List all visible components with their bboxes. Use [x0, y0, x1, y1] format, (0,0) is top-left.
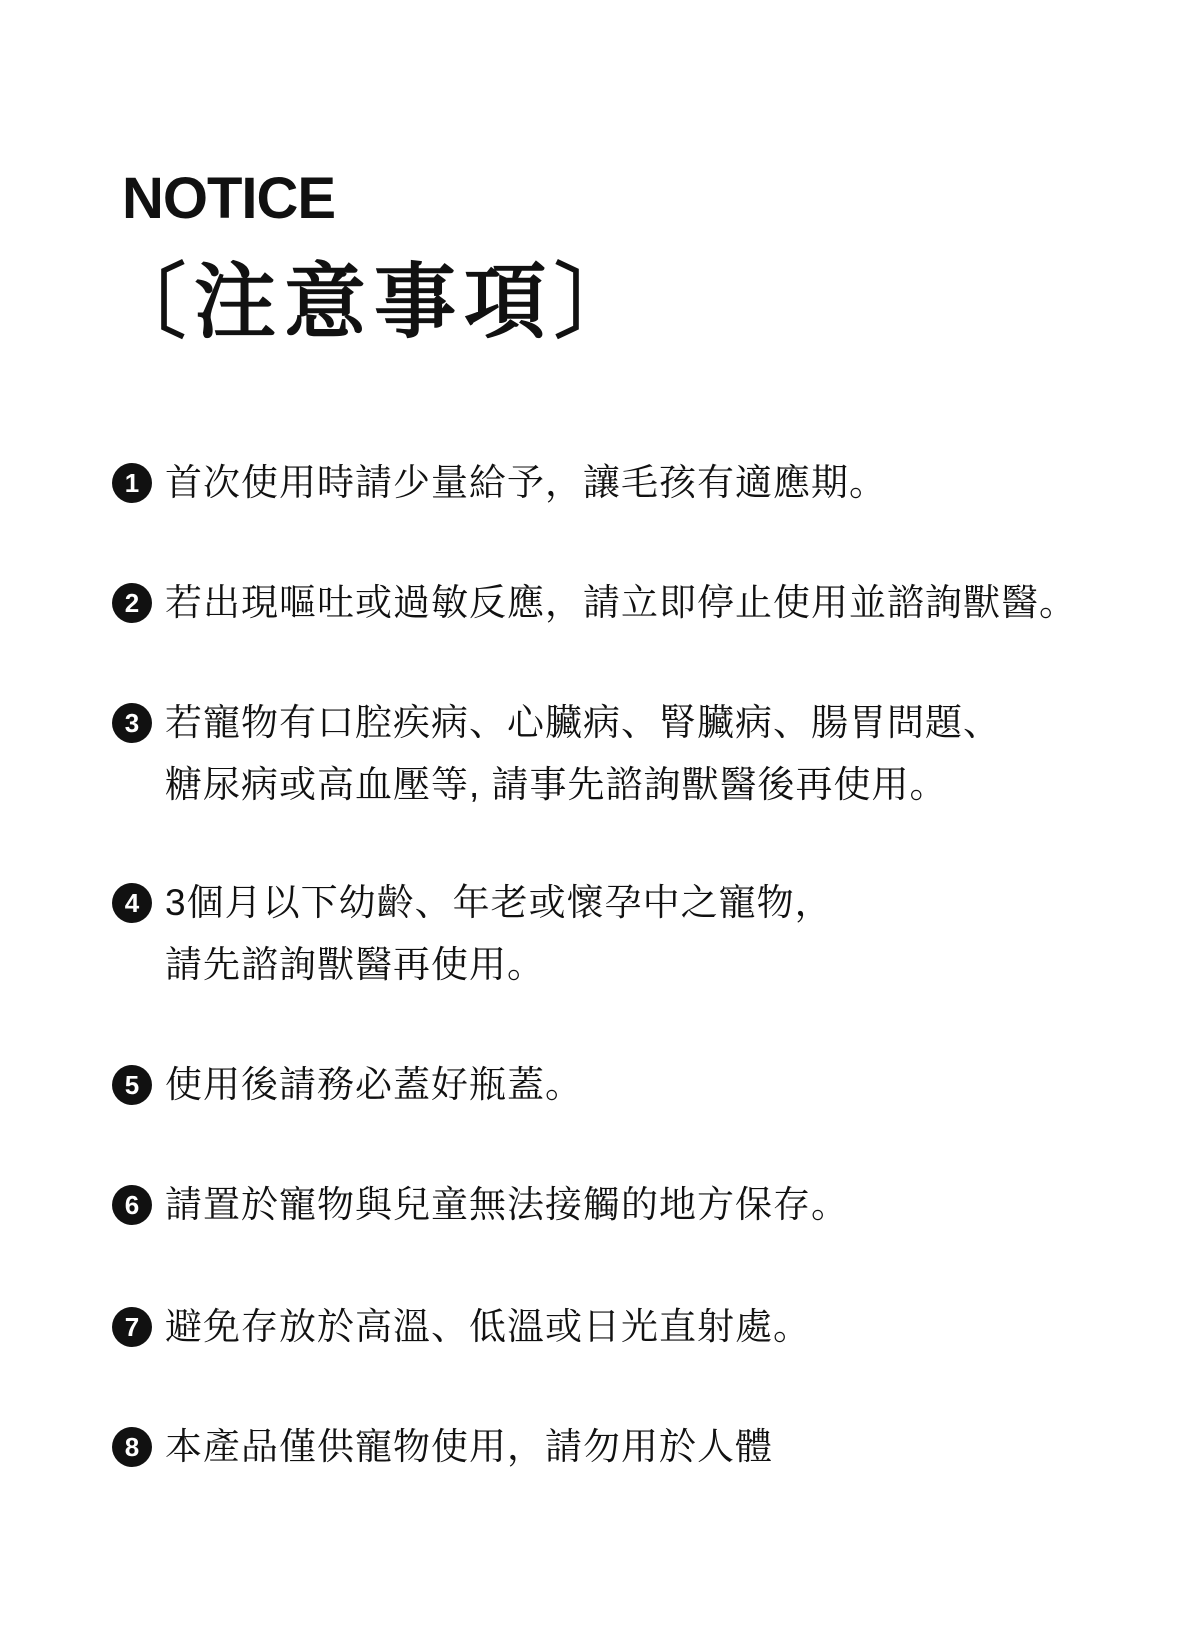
- item-text: 請置於寵物與兒童無法接觸的地方保存。: [165, 1174, 849, 1236]
- item-number-badge: 7: [112, 1307, 152, 1347]
- item-text-line: 首次使用時請少量給予，讓毛孩有適應期。: [165, 452, 887, 514]
- item-number-badge: 3: [112, 703, 152, 743]
- item-text-line: 使用後請務必蓋好瓶蓋。: [165, 1054, 583, 1116]
- notice-item-5: 5 使用後請務必蓋好瓶蓋。: [112, 1054, 583, 1116]
- notice-title-en: NOTICE: [122, 170, 335, 228]
- item-text: 3個月以下幼齡、年老或懷孕中之寵物， 請先諮詢獸醫再使用。: [165, 872, 833, 996]
- item-text-line: 若寵物有口腔疾病、心臟病、腎臟病、腸胃問題、: [165, 692, 1001, 754]
- item-number-badge: 6: [112, 1185, 152, 1225]
- item-text: 若出現嘔吐或過敏反應，請立即停止使用並諮詢獸醫。: [165, 572, 1077, 634]
- item-number-badge: 4: [112, 883, 152, 923]
- item-text-line: 請先諮詢獸醫再使用。: [165, 934, 833, 996]
- item-text: 使用後請務必蓋好瓶蓋。: [165, 1054, 583, 1116]
- notice-title-zh: 〔注意事項〕: [104, 258, 644, 348]
- item-text-line: 糖尿病或高血壓等, 請事先諮詢獸醫後再使用。: [165, 754, 1001, 816]
- item-number-badge: 5: [112, 1065, 152, 1105]
- item-text-line: 避免存放於高溫、低溫或日光直射處。: [165, 1296, 811, 1358]
- item-text: 本產品僅供寵物使用，請勿用於人體: [165, 1416, 773, 1478]
- item-text: 首次使用時請少量給予，讓毛孩有適應期。: [165, 452, 887, 514]
- item-text-line: 本產品僅供寵物使用，請勿用於人體: [165, 1416, 773, 1478]
- item-text-line: 若出現嘔吐或過敏反應，請立即停止使用並諮詢獸醫。: [165, 572, 1077, 634]
- item-number-badge: 2: [112, 583, 152, 623]
- notice-item-4: 4 3個月以下幼齡、年老或懷孕中之寵物， 請先諮詢獸醫再使用。: [112, 872, 833, 996]
- item-text: 若寵物有口腔疾病、心臟病、腎臟病、腸胃問題、 糖尿病或高血壓等, 請事先諮詢獸醫…: [165, 692, 1001, 816]
- notice-item-7: 7 避免存放於高溫、低溫或日光直射處。: [112, 1296, 811, 1358]
- item-text: 避免存放於高溫、低溫或日光直射處。: [165, 1296, 811, 1358]
- notice-item-2: 2 若出現嘔吐或過敏反應，請立即停止使用並諮詢獸醫。: [112, 572, 1077, 634]
- item-number-badge: 8: [112, 1427, 152, 1467]
- item-text-line: 請置於寵物與兒童無法接觸的地方保存。: [165, 1174, 849, 1236]
- notice-item-1: 1 首次使用時請少量給予，讓毛孩有適應期。: [112, 452, 887, 514]
- item-number-badge: 1: [112, 463, 152, 503]
- notice-item-8: 8 本產品僅供寵物使用，請勿用於人體: [112, 1416, 773, 1478]
- notice-item-6: 6 請置於寵物與兒童無法接觸的地方保存。: [112, 1174, 849, 1236]
- item-text-line: 3個月以下幼齡、年老或懷孕中之寵物，: [165, 872, 833, 934]
- notice-item-3: 3 若寵物有口腔疾病、心臟病、腎臟病、腸胃問題、 糖尿病或高血壓等, 請事先諮詢…: [112, 692, 1001, 816]
- notice-page: NOTICE 〔注意事項〕 1 首次使用時請少量給予，讓毛孩有適應期。 2 若出…: [0, 0, 1202, 1652]
